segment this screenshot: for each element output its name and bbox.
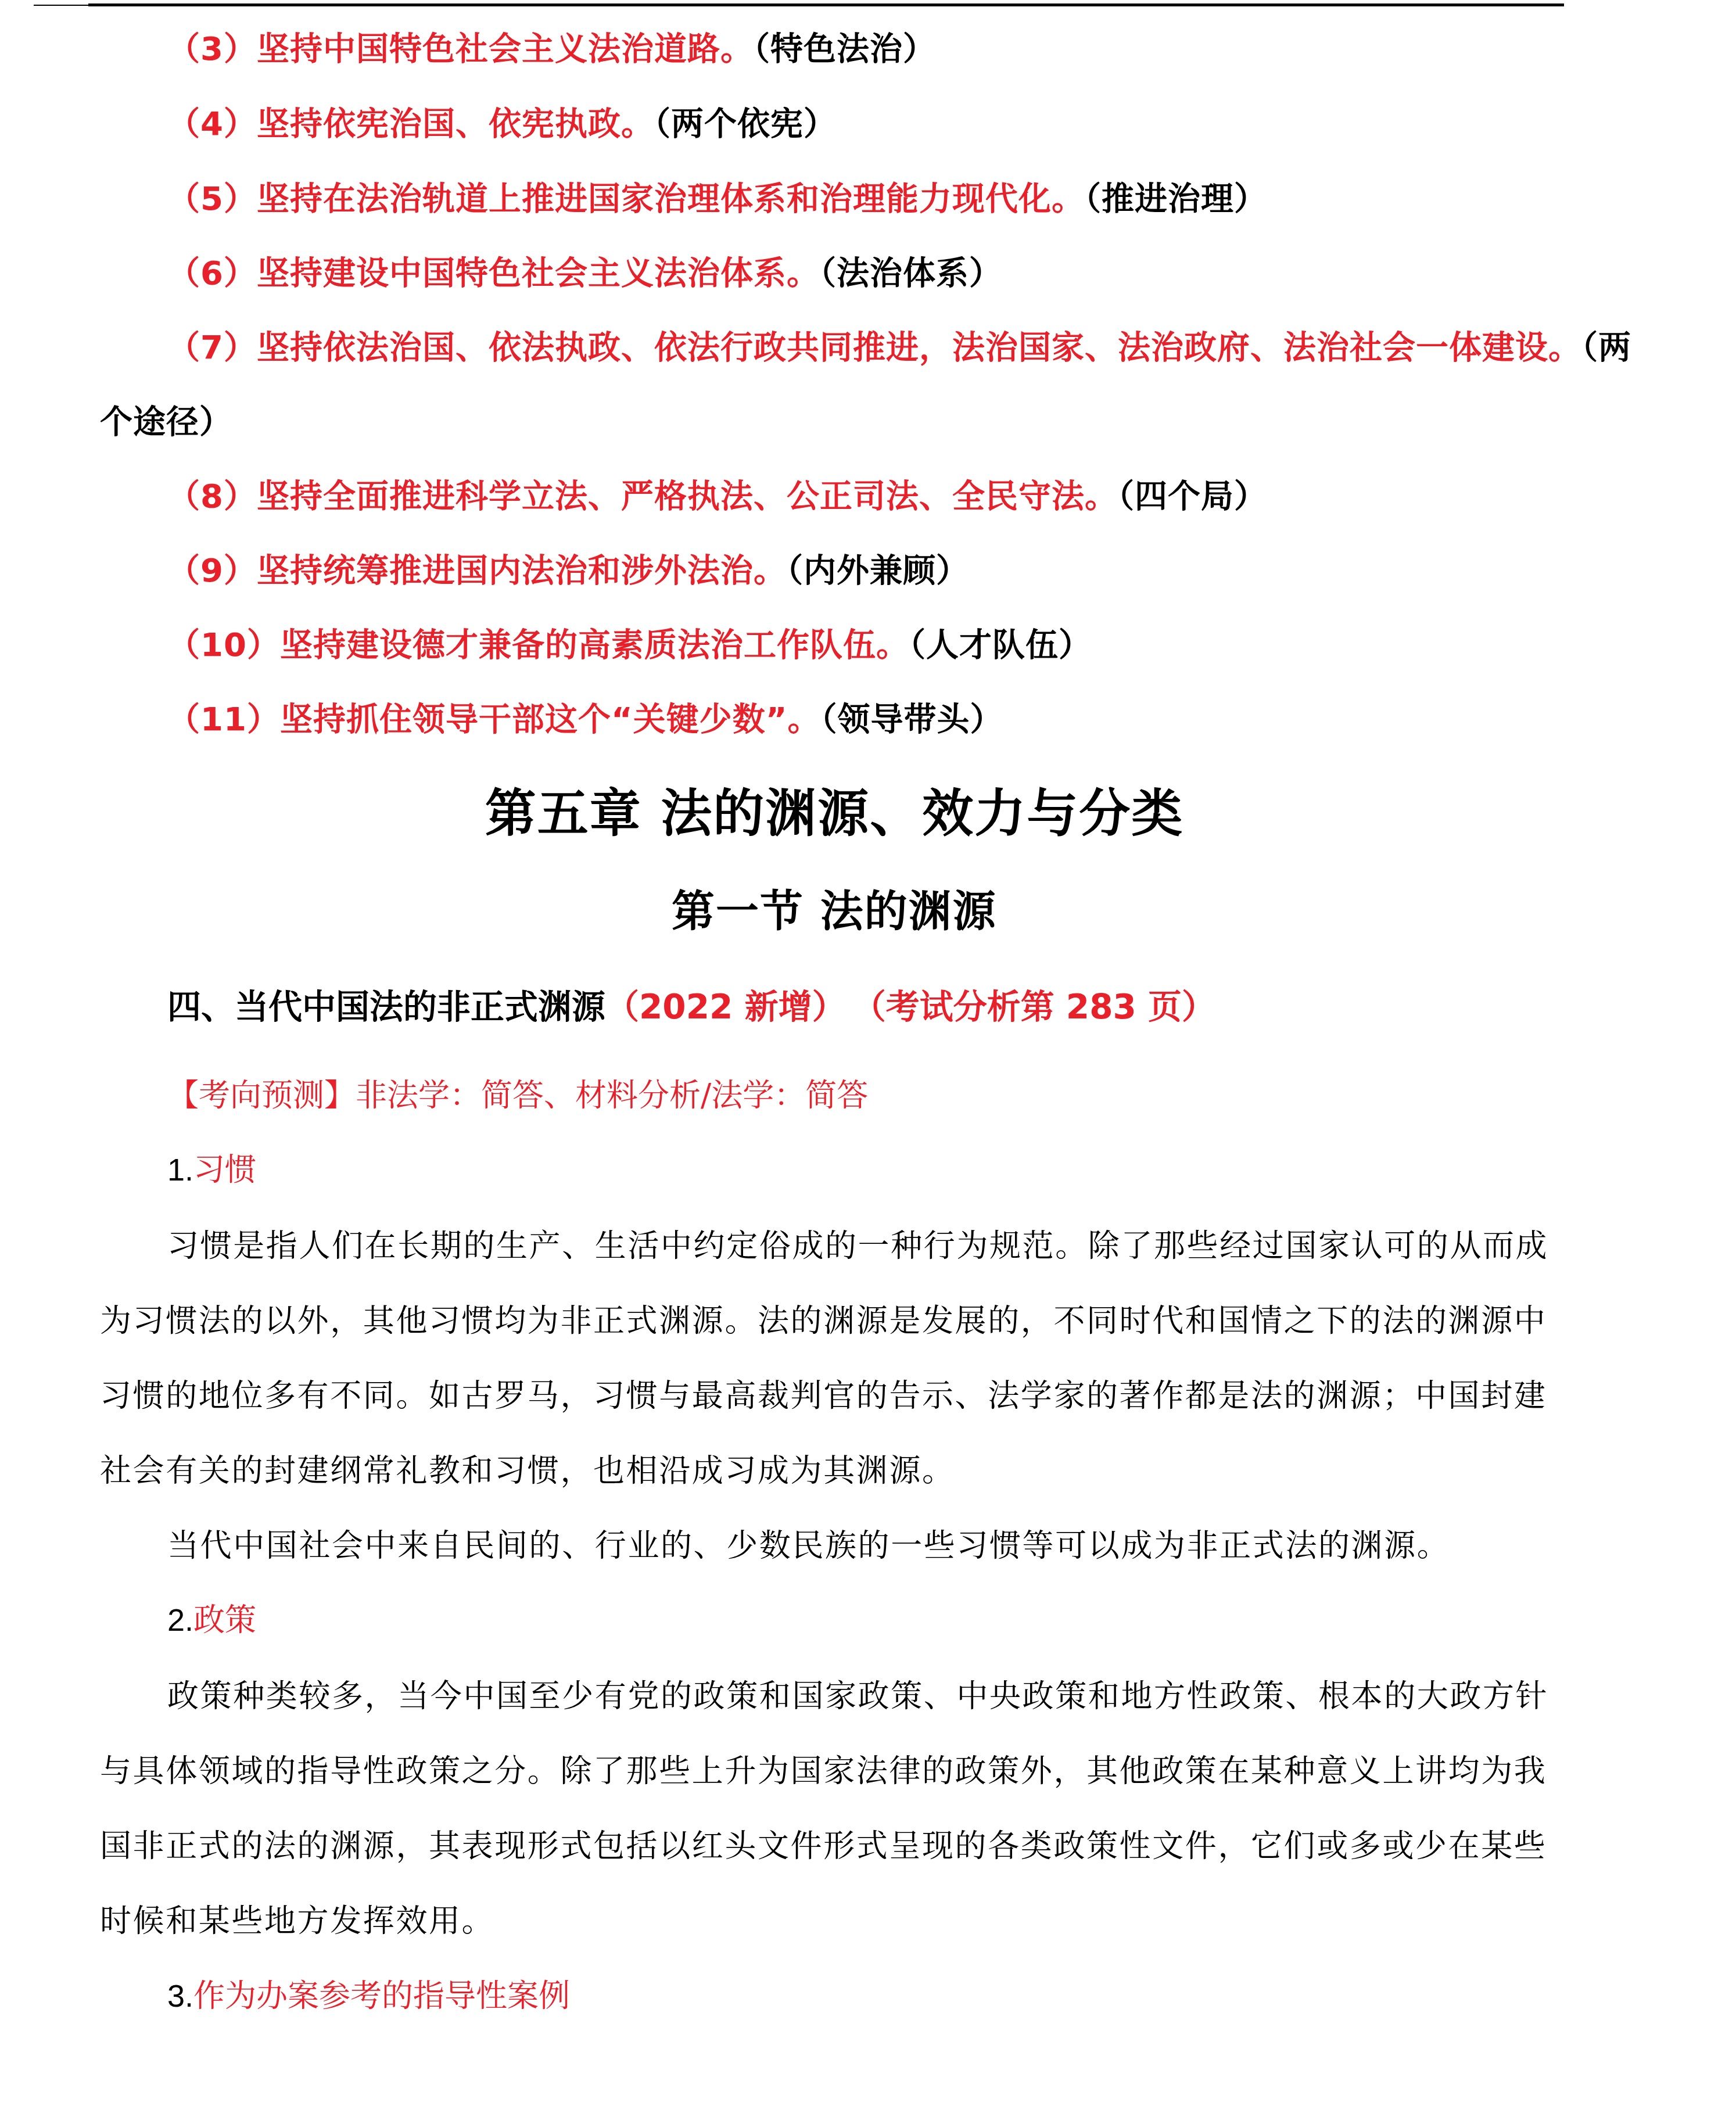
- list-item-text: （3）坚持中国特色社会主义法治道路。: [167, 30, 754, 68]
- subsection-heading: 四、当代中国法的非正式渊源（2022 新增）（考试分析第 283 页）: [100, 980, 1569, 1028]
- paragraph-line: 社会有关的封建纲常礼教和习惯，也相沿成习成为其渊源。: [100, 1446, 1569, 1491]
- paragraph-line: 政策种类较多，当今中国至少有党的政策和国家政策、中央政策和地方性政策、根本的大政…: [100, 1671, 1569, 1716]
- list-item-3: （3）坚持中国特色社会主义法治道路。（特色法治）: [100, 23, 1569, 70]
- list-item-5: （5）坚持在法治轨道上推进国家治理体系和治理能力现代化。（推进治理）: [100, 173, 1569, 220]
- list-item-note: （内外兼顾）: [787, 552, 969, 590]
- header-rule-thin: [34, 5, 89, 6]
- point-title: 政策: [193, 1602, 256, 1638]
- point-title: 习惯: [193, 1151, 256, 1188]
- list-item-7-continuation: 个途径）: [100, 396, 1569, 443]
- paragraph-line: 与具体领域的指导性政策之分。除了那些上升为国家法律的政策外，其他政策在某种意义上…: [100, 1746, 1569, 1791]
- point-number: 1.: [167, 1153, 193, 1187]
- list-item-text: （9）坚持统筹推进国内法治和涉外法治。: [167, 552, 787, 590]
- list-item-text: （7）坚持依法治国、依法执政、依法行政共同推进，法治国家、法治政府、法治社会一体…: [167, 329, 1581, 367]
- list-item-note: （特色法治）: [754, 30, 936, 68]
- list-item-text: （4）坚持依宪治国、依宪执政。: [167, 105, 654, 143]
- list-item-note-cont: 个途径）: [100, 403, 232, 441]
- heading-text: 四、当代中国法的非正式渊源: [167, 987, 605, 1027]
- paragraph-line: 国非正式的法的渊源，其表现形式包括以红头文件形式呈现的各类政策性文件，它们或多或…: [100, 1821, 1569, 1866]
- list-item-9: （9）坚持统筹推进国内法治和涉外法治。（内外兼顾）: [100, 545, 1569, 591]
- list-item-10: （10）坚持建设德才兼备的高素质法治工作队伍。（人才队伍）: [100, 619, 1569, 666]
- list-item-6: （6）坚持建设中国特色社会主义法治体系。（法治体系）: [100, 247, 1569, 294]
- point-heading-1: 1.习惯: [100, 1145, 1569, 1190]
- list-item-note: （人才队伍）: [909, 626, 1092, 664]
- paragraph-line: 当代中国社会中来自民间的、行业的、少数民族的一些习惯等可以成为非正式法的渊源。: [100, 1521, 1569, 1566]
- list-item-7: （7）坚持依法治国、依法执政、依法行政共同推进，法治国家、法治政府、法治社会一体…: [100, 322, 1569, 368]
- list-item-note: （两: [1581, 329, 1631, 367]
- list-item-note: （四个局）: [1118, 478, 1267, 515]
- header-rule-thick: [88, 3, 1564, 6]
- list-item-4: （4）坚持依宪治国、依宪执政。（两个依宪）: [100, 98, 1569, 145]
- list-item-text: （10）坚持建设德才兼备的高素质法治工作队伍。: [167, 626, 909, 664]
- list-item-text: （8）坚持全面推进科学立法、严格执法、公正司法、全民守法。: [167, 478, 1118, 515]
- list-item-text: （6）坚持建设中国特色社会主义法治体系。: [167, 254, 820, 292]
- point-title: 作为办案参考的指导性案例: [193, 1978, 570, 2014]
- point-number: 2.: [167, 1603, 193, 1638]
- list-item-note: （法治体系）: [820, 254, 1002, 292]
- point-heading-2: 2.政策: [100, 1595, 1569, 1640]
- point-heading-3: 3.作为办案参考的指导性案例: [100, 1971, 1569, 2016]
- heading-page-ref: （考试分析第 283 页）: [869, 987, 1215, 1027]
- list-item-note: （领导带头）: [821, 701, 1003, 738]
- paragraph-line: 为习惯法的以外，其他习惯均为非正式渊源。法的渊源是发展的，不同时代和国情之下的法…: [100, 1296, 1569, 1341]
- list-item-8: （8）坚持全面推进科学立法、严格执法、公正司法、全民守法。（四个局）: [100, 471, 1569, 517]
- exam-forecast: 【考向预测】非法学：简答、材料分析/法学：简答: [100, 1071, 1569, 1115]
- section-title: 第一节 法的渊源: [100, 877, 1569, 939]
- point-number: 3.: [167, 1979, 193, 2014]
- paragraph-line: 习惯是指人们在长期的生产、生活中约定俗成的一种行为规范。除了那些经过国家认可的从…: [100, 1221, 1569, 1266]
- heading-new-badge: （2022 新增）: [605, 987, 846, 1027]
- list-item-note: （两个依宪）: [654, 105, 837, 143]
- list-item-11: （11）坚持抓住领导干部这个“关键少数”。（领导带头）: [100, 694, 1569, 740]
- list-item-text: （11）坚持抓住领导干部这个“关键少数”。: [167, 701, 821, 738]
- paragraph-line: 时候和某些地方发挥效用。: [100, 1896, 1569, 1941]
- list-item-text: （5）坚持在法治轨道上推进国家治理体系和治理能力现代化。: [167, 180, 1085, 218]
- chapter-title: 第五章 法的渊源、效力与分类: [100, 773, 1569, 846]
- paragraph-line: 习惯的地位多有不同。如古罗马，习惯与最高裁判官的告示、法学家的著作都是法的渊源；…: [100, 1371, 1569, 1416]
- list-item-note: （推进治理）: [1085, 180, 1267, 218]
